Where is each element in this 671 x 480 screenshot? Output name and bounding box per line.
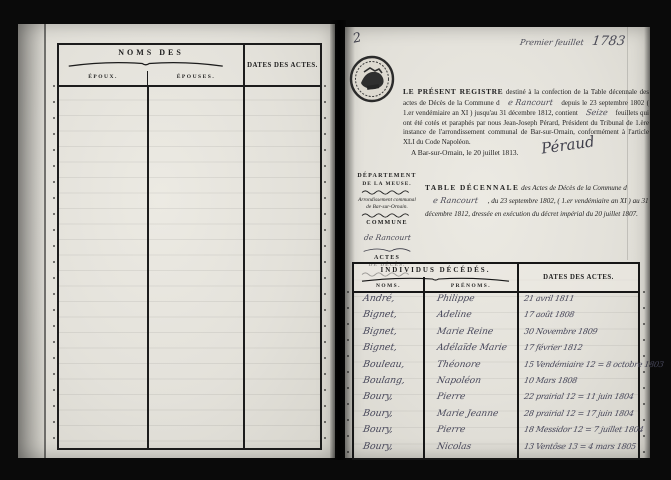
feuillets-count-handwritten: Seize bbox=[579, 108, 614, 118]
decennial-text-2: , du 23 septembre 1802, bbox=[488, 197, 556, 205]
individus-decedes-header: INDIVIDUS DÉCÉDÉS. bbox=[354, 266, 517, 274]
pricking-marks bbox=[53, 85, 55, 448]
left-column-divider bbox=[147, 85, 149, 448]
decennial-text-1: des Actes de Décès de la Commune d bbox=[521, 184, 627, 192]
date-value: 30 Novembre 1809 bbox=[523, 324, 599, 340]
decennial-lead: TABLE DÉCENNALE bbox=[425, 183, 519, 192]
departement-label-line2: DE LA MEUSE. bbox=[350, 181, 424, 188]
brace-decoration bbox=[67, 60, 225, 67]
pricking-marks bbox=[324, 85, 326, 448]
table-row: André, Philippe 21 avril 1811 bbox=[354, 291, 638, 307]
col-prenoms-label: PRÉNOMS. bbox=[425, 283, 517, 289]
pricking-marks bbox=[347, 291, 349, 458]
commune-name-handwritten: de Rancourt bbox=[363, 233, 411, 242]
date-value: 18 Messidor 12 = 7 juillet 1804 bbox=[523, 422, 645, 438]
date-value: 15 Vendémiaire 12 = 8 octobre 1803 bbox=[523, 357, 665, 373]
table-row: Boury, Pierre 18 Messidor 12 = 7 juillet… bbox=[354, 422, 638, 438]
date-value: 21 avril 1811 bbox=[523, 291, 576, 307]
table-row: Bouleau, Théonore 15 Vendémiaire 12 = 8 … bbox=[354, 357, 638, 373]
premier-feuillet-note: Premier feuillet bbox=[519, 38, 584, 47]
prenom-value: Marie Reine bbox=[436, 324, 495, 340]
col-noms-label: NOMS. bbox=[354, 283, 423, 289]
binding-flourish-mark: 2 bbox=[352, 30, 363, 46]
official-round-stamp bbox=[349, 55, 396, 104]
left-table-header: NOMS DES ÉPOUX. ÉPOUSES. DATES DES ACTES… bbox=[59, 45, 320, 87]
nom-value: Bignet, bbox=[362, 340, 399, 356]
deaths-table: INDIVIDUS DÉCÉDÉS. NOMS. PRÉNOMS. DATES … bbox=[352, 262, 640, 460]
nom-value: Bouleau, bbox=[362, 357, 406, 373]
left-col-epoux-label: ÉPOUX. bbox=[59, 72, 147, 83]
register-certificate-paragraph: LE PRÉSENT REGISTRE destiné à la confect… bbox=[403, 87, 649, 148]
table-row: Boulang, Napoléon 10 Mars 1808 bbox=[354, 373, 638, 389]
left-group-header-label: NOMS DES bbox=[59, 48, 243, 57]
left-column-divider bbox=[243, 85, 245, 448]
prenom-value: Marie Jeanne bbox=[436, 406, 500, 422]
prenom-value: Pierre bbox=[436, 389, 467, 405]
date-value: 10 Mars 1808 bbox=[523, 373, 579, 389]
certificate-lead: LE PRÉSENT REGISTRE bbox=[403, 87, 503, 96]
left-table-group-cell: NOMS DES ÉPOUX. ÉPOUSES. bbox=[59, 45, 245, 85]
deaths-table-rows: André, Philippe 21 avril 1811 Bignet, Ad… bbox=[354, 291, 638, 458]
top-handwritten-note: Premier feuillet 1783 bbox=[520, 32, 625, 50]
prenom-value: Nicolas bbox=[436, 439, 473, 455]
decennial-title-paragraph: TABLE DÉCENNALE des Actes de Décès de la… bbox=[425, 182, 649, 220]
left-register-page: NOMS DES ÉPOUX. ÉPOUSES. DATES DES ACTES… bbox=[18, 24, 335, 458]
prenom-value: Théonore bbox=[436, 357, 482, 373]
arrondissement-line1: Arrondissement communal bbox=[350, 197, 424, 204]
date-value: 17 août 1808 bbox=[523, 307, 576, 323]
commune-handwritten: e Rancourt bbox=[501, 98, 559, 108]
feuillet-number: 1783 bbox=[591, 34, 626, 49]
commune-label: COMMUNE bbox=[350, 220, 424, 228]
nom-value: Bignet, bbox=[362, 307, 399, 323]
left-col-dates-label: DATES DES ACTES. bbox=[245, 45, 320, 85]
prenom-value: Philippe bbox=[436, 291, 476, 307]
date-value: 22 prairial 12 = 11 juin 1804 bbox=[523, 389, 635, 405]
nom-value: Bignet, bbox=[362, 324, 399, 340]
table-row: Bignet, Marie Reine 30 Novembre 1809 bbox=[354, 324, 638, 340]
left-subheader-divider bbox=[147, 71, 148, 85]
table-row: Boury, Nicolas 13 Ventôse 13 = 4 mars 18… bbox=[354, 439, 638, 455]
nom-value: Boury, bbox=[362, 389, 395, 405]
certificate-dateline: A Bar-sur-Ornain, le 20 juillet 1813. bbox=[411, 148, 518, 157]
arrondissement-line2: de Bar-sur-Ornain. bbox=[350, 204, 424, 211]
prenom-value: Adeline bbox=[436, 307, 473, 323]
date-value: 13 Ventôse 13 = 4 mars 1805 bbox=[523, 439, 638, 455]
table-row: Bignet, Adeline 17 août 1808 bbox=[354, 307, 638, 323]
nom-value: Boury, bbox=[362, 406, 395, 422]
col-dates-label: DATES DES ACTES. bbox=[519, 264, 638, 291]
actes-label-line1: ACTES bbox=[350, 255, 424, 263]
left-col-epouses-label: ÉPOUSES. bbox=[149, 72, 243, 83]
deaths-table-header: INDIVIDUS DÉCÉDÉS. NOMS. PRÉNOMS. DATES … bbox=[354, 264, 638, 293]
prenom-value: Adélaïde Marie bbox=[436, 340, 509, 356]
prenom-value: Pierre bbox=[436, 422, 467, 438]
departement-label-line1: DÉPARTEMENT bbox=[350, 173, 424, 181]
pricking-marks bbox=[643, 291, 645, 458]
book-binding-gutter bbox=[330, 20, 346, 460]
nom-value: Boury, bbox=[362, 422, 395, 438]
date-value: 28 prairial 12 = 17 juin 1804 bbox=[523, 406, 635, 422]
left-empty-table: NOMS DES ÉPOUX. ÉPOUSES. DATES DES ACTES… bbox=[57, 43, 322, 450]
wavy-divider bbox=[358, 190, 416, 195]
brace-decoration bbox=[360, 276, 511, 282]
nom-value: Boulang, bbox=[362, 373, 407, 389]
left-table-body-empty bbox=[59, 85, 320, 448]
table-row: Boury, Marie Jeanne 28 prairial 12 = 17 … bbox=[354, 406, 638, 422]
nom-value: Boury, bbox=[362, 439, 395, 455]
table-row: Bignet, Adélaïde Marie 17 février 1812 bbox=[354, 340, 638, 356]
date-value: 17 février 1812 bbox=[523, 340, 584, 356]
nom-value: André, bbox=[362, 291, 396, 307]
prenom-value: Napoléon bbox=[436, 373, 483, 389]
right-register-page: 2 Premier feuillet 1783 LE PRÉSENT REGIS… bbox=[345, 27, 650, 458]
wavy-divider bbox=[358, 213, 416, 218]
flourish-divider bbox=[358, 248, 416, 253]
decennial-commune-handwritten: e Rancourt bbox=[424, 195, 487, 208]
table-row: Boury, Pierre 22 prairial 12 = 11 juin 1… bbox=[354, 389, 638, 405]
